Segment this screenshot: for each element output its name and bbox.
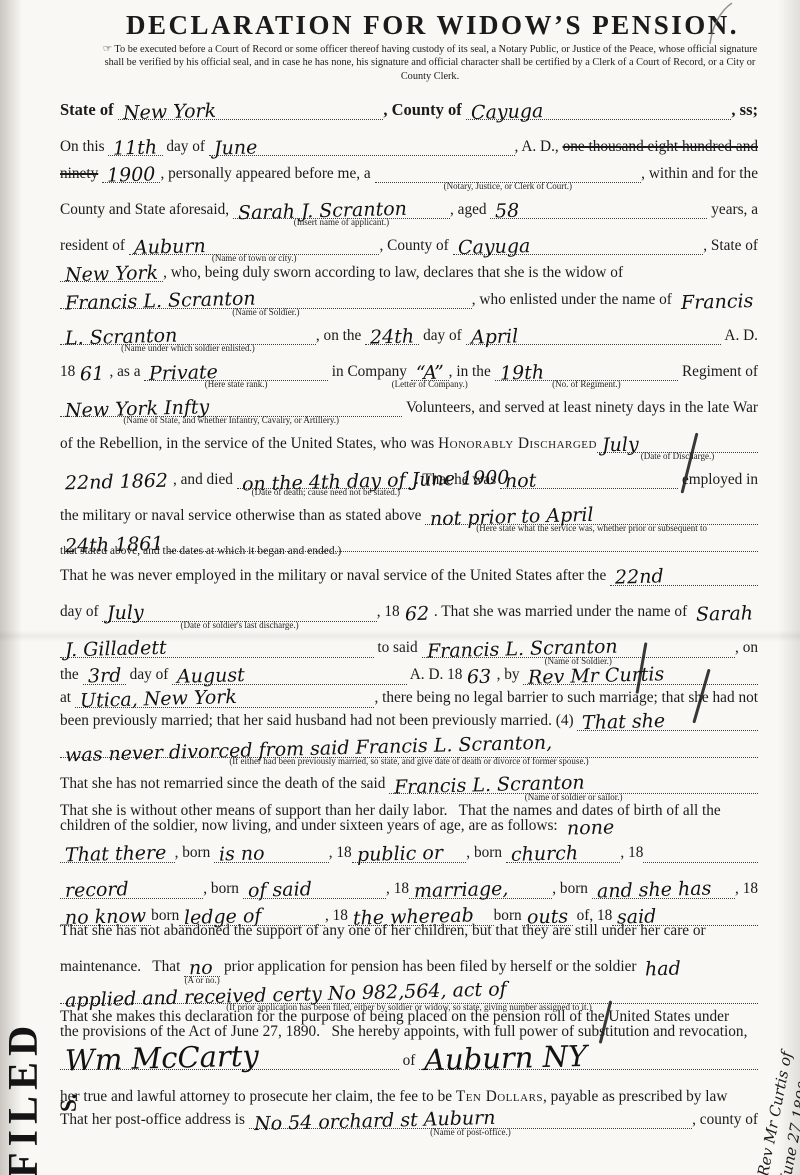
printed-text: , born: [552, 879, 592, 898]
handwritten-entry: Rev Mr Curtis: [528, 667, 665, 687]
form-blank: Francis L. Scranton(Name of soldier or s…: [389, 777, 758, 793]
handwritten-entry: Francis: [680, 293, 753, 311]
printed-text: Regiment of: [678, 362, 758, 381]
never-employed-line: That he was never employed in the milita…: [60, 563, 758, 586]
form-blank: Rev Mr Curtis: [523, 668, 758, 684]
form-blank: July(Date of Discharge.): [597, 437, 758, 453]
handwritten-entry: Francis L. Scranton: [394, 775, 585, 796]
form-blank: no(A or no.): [184, 960, 220, 976]
married-name-line: day of July(Date of soldier's last disch…: [60, 599, 758, 622]
handwritten-entry: “A”: [416, 365, 444, 382]
printed-text: State of: [60, 100, 118, 121]
handwritten-entry: the whereab: [353, 908, 474, 927]
attorney-line: Wm McCarty of Auburn NY: [60, 1046, 758, 1071]
handwritten-entry: of said: [248, 882, 312, 900]
previous-marriage-line: been previously married; that her said h…: [60, 708, 758, 731]
handwritten-entry: 3rd: [87, 668, 121, 685]
form-blank: August: [172, 668, 407, 684]
printed-text: , aged: [450, 200, 490, 219]
handwritten-entry: 24th: [370, 328, 414, 345]
form-blank: [643, 862, 758, 863]
printed-text: Ten Dollars: [456, 1087, 543, 1106]
handwritten-entry: 22nd 1862: [65, 473, 168, 492]
printed-text: , county of: [692, 1110, 758, 1129]
printed-text: , who enlisted under the name of: [472, 290, 676, 309]
form-blank: Sarah: [691, 606, 758, 621]
certificate-line: applied and received certy No 982,564, a…: [60, 981, 758, 1004]
handwritten-entry: and she has: [597, 881, 712, 900]
children-blank-line-1: That there, born is no, 18public or, bor…: [60, 840, 758, 863]
handwritten-entry: July: [107, 605, 144, 622]
printed-text: , within and for the: [641, 164, 758, 183]
printed-text: years, a: [707, 200, 758, 219]
printed-text: , 18: [735, 879, 758, 898]
printed-text: the military or naval service otherwise …: [60, 506, 425, 525]
printed-text: , personally appeared before me, a: [160, 164, 374, 183]
handwritten-entry: 63: [467, 669, 492, 686]
discharge-line: of the Rebellion, in the service of the …: [60, 430, 758, 453]
form-blank: 61: [75, 366, 109, 381]
handwritten-entry: 19th: [499, 364, 543, 381]
not-remarried-line: That she has not remarried since the dea…: [60, 771, 758, 794]
regiment-state-line: New York Infty(Name of State, and whethe…: [60, 394, 758, 417]
handwritten-entry: is no: [219, 846, 265, 863]
form-blank: [168, 551, 758, 552]
form-blank: 58: [490, 203, 707, 219]
form-blank: Auburn NY: [419, 1046, 758, 1071]
printed-text: County and State aforesaid,: [60, 200, 233, 219]
printed-text: at: [60, 688, 75, 707]
printed-text: been previously married; that her said h…: [60, 711, 577, 730]
field-caption: (Name of town or city.): [212, 254, 297, 264]
form-blank: had: [640, 961, 758, 976]
form-blank: April: [466, 329, 722, 345]
printed-text: day of: [419, 326, 465, 345]
form-blank: 22nd: [610, 569, 758, 585]
printed-text: , born: [175, 843, 215, 862]
printed-text: day of: [163, 137, 209, 156]
form-blank: record: [60, 882, 203, 898]
printed-text: , County of: [379, 236, 452, 255]
handwritten-entry: 61: [80, 366, 105, 383]
form-blank: was never divorced from said Francis L. …: [60, 741, 758, 757]
handwritten-entry: Auburn: [134, 238, 206, 256]
handwritten-entry: 11th: [113, 139, 157, 156]
struck-out-text: ninety: [60, 164, 98, 183]
other-service-line: the military or naval service otherwise …: [60, 502, 758, 525]
handwritten-entry: Sarah: [696, 606, 753, 624]
printed-text: the provisions of the Act of June 27, 18…: [60, 1022, 747, 1041]
printed-text: maintenance. That: [60, 957, 184, 976]
printed-text: , 18: [386, 879, 409, 898]
form-blank: New York: [60, 266, 163, 282]
handwritten-entry: 58: [495, 203, 520, 220]
printed-text: A. D.: [721, 326, 758, 345]
form-blank: and she has: [592, 882, 735, 898]
field-caption: (Date of soldier's last discharge.): [181, 621, 299, 631]
scan-edge-left: [0, 0, 22, 1175]
form-blank: Francis: [676, 294, 758, 309]
form-blank: Sarah J. Scranton(Insert name of applica…: [233, 203, 450, 219]
handwritten-entry: on the 4th day of June 1900: [242, 469, 510, 492]
post-office-line: That her post-office address is No 54 or…: [60, 1106, 758, 1129]
form-blank: church: [506, 846, 621, 862]
form-blank: No 54 orchard st Auburn(Name of post-off…: [249, 1113, 692, 1129]
form-blank: 24th: [365, 329, 419, 345]
handwritten-entry: Francis L. Scranton: [426, 639, 617, 660]
handwritten-entry: not: [505, 473, 537, 490]
residence-line: resident of Auburn(Name of town or city.…: [60, 232, 758, 255]
applicant-line: County and State aforesaid, Sarah J. Scr…: [60, 196, 758, 219]
printed-text: That she has not remarried since the dea…: [60, 774, 389, 793]
handwritten-entry: July: [602, 437, 639, 454]
field-caption: (No. of Regiment.): [552, 380, 620, 390]
printed-text: . That she was married under the name of: [434, 602, 691, 621]
field-caption: (Date of Discharge.): [641, 452, 715, 462]
enlisted-name-line: L. Scranton(Name under which soldier enl…: [60, 322, 758, 345]
form-blank: 63: [462, 669, 496, 684]
printed-text: her true and lawful attorney to prosecut…: [60, 1087, 456, 1106]
form-blank: New York Infty(Name of State, and whethe…: [60, 401, 402, 417]
handwritten-entry: 24th 1861: [65, 536, 164, 555]
form-blank: said: [612, 909, 758, 925]
filed-stamp: FILED: [0, 1020, 48, 1175]
divorce-line: was never divorced from said Francis L. …: [60, 735, 758, 758]
printed-text: On this: [60, 137, 108, 156]
form-blank: Francis L. Scranton(Name of Soldier.): [422, 641, 736, 657]
handwritten-entry: no: [189, 960, 213, 977]
printed-text: , 18: [620, 843, 643, 862]
handwritten-entry: public or: [356, 845, 442, 863]
scanned-form-page: DECLARATION FOR WIDOW’S PENSION. ☞ To be…: [0, 0, 800, 1175]
printed-text: children of the soldier, now living, and…: [60, 816, 562, 835]
printed-text: day of: [126, 665, 172, 684]
state-county-line: State of New York, County of Cayuga, ss;: [60, 97, 758, 120]
form-blank: none: [562, 820, 619, 835]
printed-text: That her post-office address is: [60, 1110, 249, 1129]
handwritten-entry: August: [177, 667, 245, 685]
form-blank: public or: [352, 846, 467, 862]
children-blank-line-2: record, born of said, 18marriage,, born …: [60, 876, 758, 899]
printed-text: , County of: [383, 100, 466, 121]
form-blank: is no: [214, 846, 329, 862]
form-title: DECLARATION FOR WIDOW’S PENSION.: [85, 10, 780, 41]
form-blank: 1900: [102, 167, 160, 183]
handwritten-entry: Wm McCarty: [65, 1043, 259, 1073]
printed-text: , who, being duly sworn according to law…: [163, 263, 623, 282]
marriage-date-line: the 3rd day of August A. D. 1863, by Rev…: [60, 662, 758, 685]
handwritten-entry: Utica, New York: [80, 689, 237, 709]
form-blank: marriage,: [409, 882, 552, 898]
form-blank: July(Date of soldier's last discharge.): [102, 605, 376, 621]
form-blank: Cayuga: [453, 239, 704, 255]
handwritten-entry: New York Infty: [65, 399, 210, 419]
handwritten-entry: none: [566, 820, 614, 837]
handwritten-entry: No 54 orchard st Auburn: [254, 1110, 496, 1132]
form-blank: 19th(No. of Regiment.): [495, 365, 679, 381]
printed-text: , State of: [703, 236, 758, 255]
form-blank: June: [209, 140, 515, 156]
handwritten-entry: Cayuga: [457, 238, 530, 256]
date-line: On this 11th day of June, A. D., one tho…: [60, 133, 758, 156]
margin-handwritten-note: Rev Mr Curtis of June 27 1890: [752, 1049, 800, 1175]
printed-text: , and died: [173, 470, 237, 489]
form-blank: of said: [243, 882, 386, 898]
form-blank: applied and received certy No 982,564, a…: [60, 987, 758, 1003]
printed-text: , born: [203, 879, 243, 898]
form-blank: 11th: [108, 140, 162, 156]
printed-text: Honorably Discharged: [438, 434, 597, 453]
rank-company-line: 1861, as a Private(Here state rank.) in …: [60, 358, 758, 381]
death-line: 22nd 1862, and died on the 4th day of Ju…: [60, 466, 758, 489]
form-blank: on the 4th day of June 1900(Date of deat…: [237, 473, 415, 489]
form-blank: Francis L. Scranton(Name of Soldier.): [60, 293, 472, 309]
handwritten-entry: marriage,: [414, 881, 509, 900]
printed-text: That he was never employed in the milita…: [60, 566, 610, 585]
form-blank: 22nd 1862: [60, 474, 173, 489]
form-blank: That she: [577, 714, 758, 730]
form-blank: not: [500, 473, 678, 489]
form-blank: 24th 1861: [60, 537, 168, 552]
form-blank: 3rd: [83, 668, 126, 684]
printed-text: , on the: [316, 326, 365, 345]
form-blank: 62: [400, 606, 434, 621]
printed-text: , 18: [329, 843, 352, 862]
printed-text: A. D. 18: [407, 665, 463, 684]
pen-flourish-icon: [702, 0, 738, 46]
handwritten-entry: New York: [123, 103, 216, 122]
execution-note: ☞ To be executed before a Court of Recor…: [95, 43, 765, 83]
appeared-line: ninety 1900, personally appeared before …: [60, 160, 758, 183]
printed-text: resident of: [60, 236, 129, 255]
struck-out-text: one thousand eight hundred and: [563, 137, 758, 156]
scan-edge-right: [778, 0, 800, 1175]
printed-text: 18: [60, 362, 75, 381]
printed-text: Volunteers, and served at least ninety d…: [402, 398, 758, 417]
printed-text: of the Rebellion, in the service of the …: [60, 434, 438, 453]
form-blank: outs: [522, 909, 573, 925]
printed-text: the: [60, 665, 83, 684]
widow-line: New York, who, being duly sworn accordin…: [60, 259, 758, 282]
handwritten-entry: Private: [149, 364, 218, 382]
field-caption: (Notary, Justice, or Clerk of Court.): [444, 182, 572, 192]
soldier-name-line: Francis L. Scranton(Name of Soldier.), w…: [60, 286, 758, 309]
form-body: State of New York, County of Cayuga, ss;…: [60, 97, 758, 1129]
marriage-place-line: at Utica, New York, there being no legal…: [60, 685, 758, 708]
printed-text: employed in: [678, 470, 758, 489]
handwritten-entry: record: [65, 882, 129, 900]
handwritten-entry: Cayuga: [471, 103, 544, 121]
form-blank: Private(Here state rank.): [144, 365, 328, 381]
handwritten-entry: L. Scranton: [65, 328, 178, 347]
printed-text: , ss;: [731, 100, 758, 121]
fee-line: her true and lawful attorney to prosecut…: [60, 1083, 758, 1106]
form-blank: Utica, New York: [75, 691, 375, 707]
handwritten-entry: That there: [65, 845, 167, 864]
margin-s-label: S.: [56, 1093, 82, 1112]
handwritten-entry: J. Gilladett: [65, 640, 167, 659]
printed-text: prior application for pension has been f…: [220, 957, 640, 976]
handwritten-entry: April: [470, 328, 518, 345]
handwritten-entry: no know: [65, 908, 147, 926]
form-blank: Cayuga: [466, 104, 732, 120]
printed-text: , A. D.,: [515, 137, 563, 156]
handwritten-entry: 22nd: [615, 569, 664, 586]
printed-text: , by: [497, 665, 524, 684]
handwritten-entry: ledge of: [184, 908, 262, 926]
printed-text: , born: [466, 843, 506, 862]
form-blank: ledge of: [179, 909, 325, 925]
form-blank: J. Gilladett: [60, 641, 374, 657]
form-blank: the whereab: [348, 909, 494, 925]
prior-application-line: maintenance. That no(A or no.) prior app…: [60, 954, 758, 977]
form-blank: Auburn(Name of town or city.): [129, 239, 380, 255]
printed-text: of: [399, 1051, 419, 1070]
printed-text: , payable as prescribed by law: [543, 1087, 727, 1106]
form-blank: no know: [60, 909, 151, 925]
form-blank: “A”(Letter of Company.): [411, 365, 449, 381]
handwritten-entry: That she: [582, 713, 666, 731]
handwritten-entry: June: [214, 139, 258, 156]
form-blank: L. Scranton(Name under which soldier enl…: [60, 329, 316, 345]
form-blank: New York: [118, 104, 384, 120]
form-blank: not prior to April(Here state what the s…: [425, 509, 758, 525]
handwritten-entry: 62: [404, 606, 429, 623]
handwritten-entry: Sarah J. Scranton: [238, 201, 407, 222]
handwritten-entry: church: [511, 845, 578, 863]
handwritten-entry: Auburn NY: [424, 1043, 588, 1072]
handwritten-entry: New York: [65, 265, 158, 284]
form-blank: Wm McCarty: [60, 1046, 399, 1071]
handwritten-entry: said: [617, 909, 657, 926]
form-blank: (Notary, Justice, or Clerk of Court.): [375, 182, 642, 183]
handwritten-entry: Francis L. Scranton: [65, 290, 256, 311]
form-blank: That there: [60, 846, 175, 862]
handwritten-entry: outs: [526, 909, 567, 926]
printed-text: , as a: [109, 362, 144, 381]
handwritten-entry: 1900: [107, 166, 156, 183]
printed-text: , 18: [377, 602, 400, 621]
handwritten-entry: not prior to April: [430, 507, 594, 527]
act-line: the provisions of the Act of June 27, 18…: [60, 1019, 758, 1042]
handwritten-entry: had: [645, 961, 681, 978]
printed-text: day of: [60, 602, 102, 621]
